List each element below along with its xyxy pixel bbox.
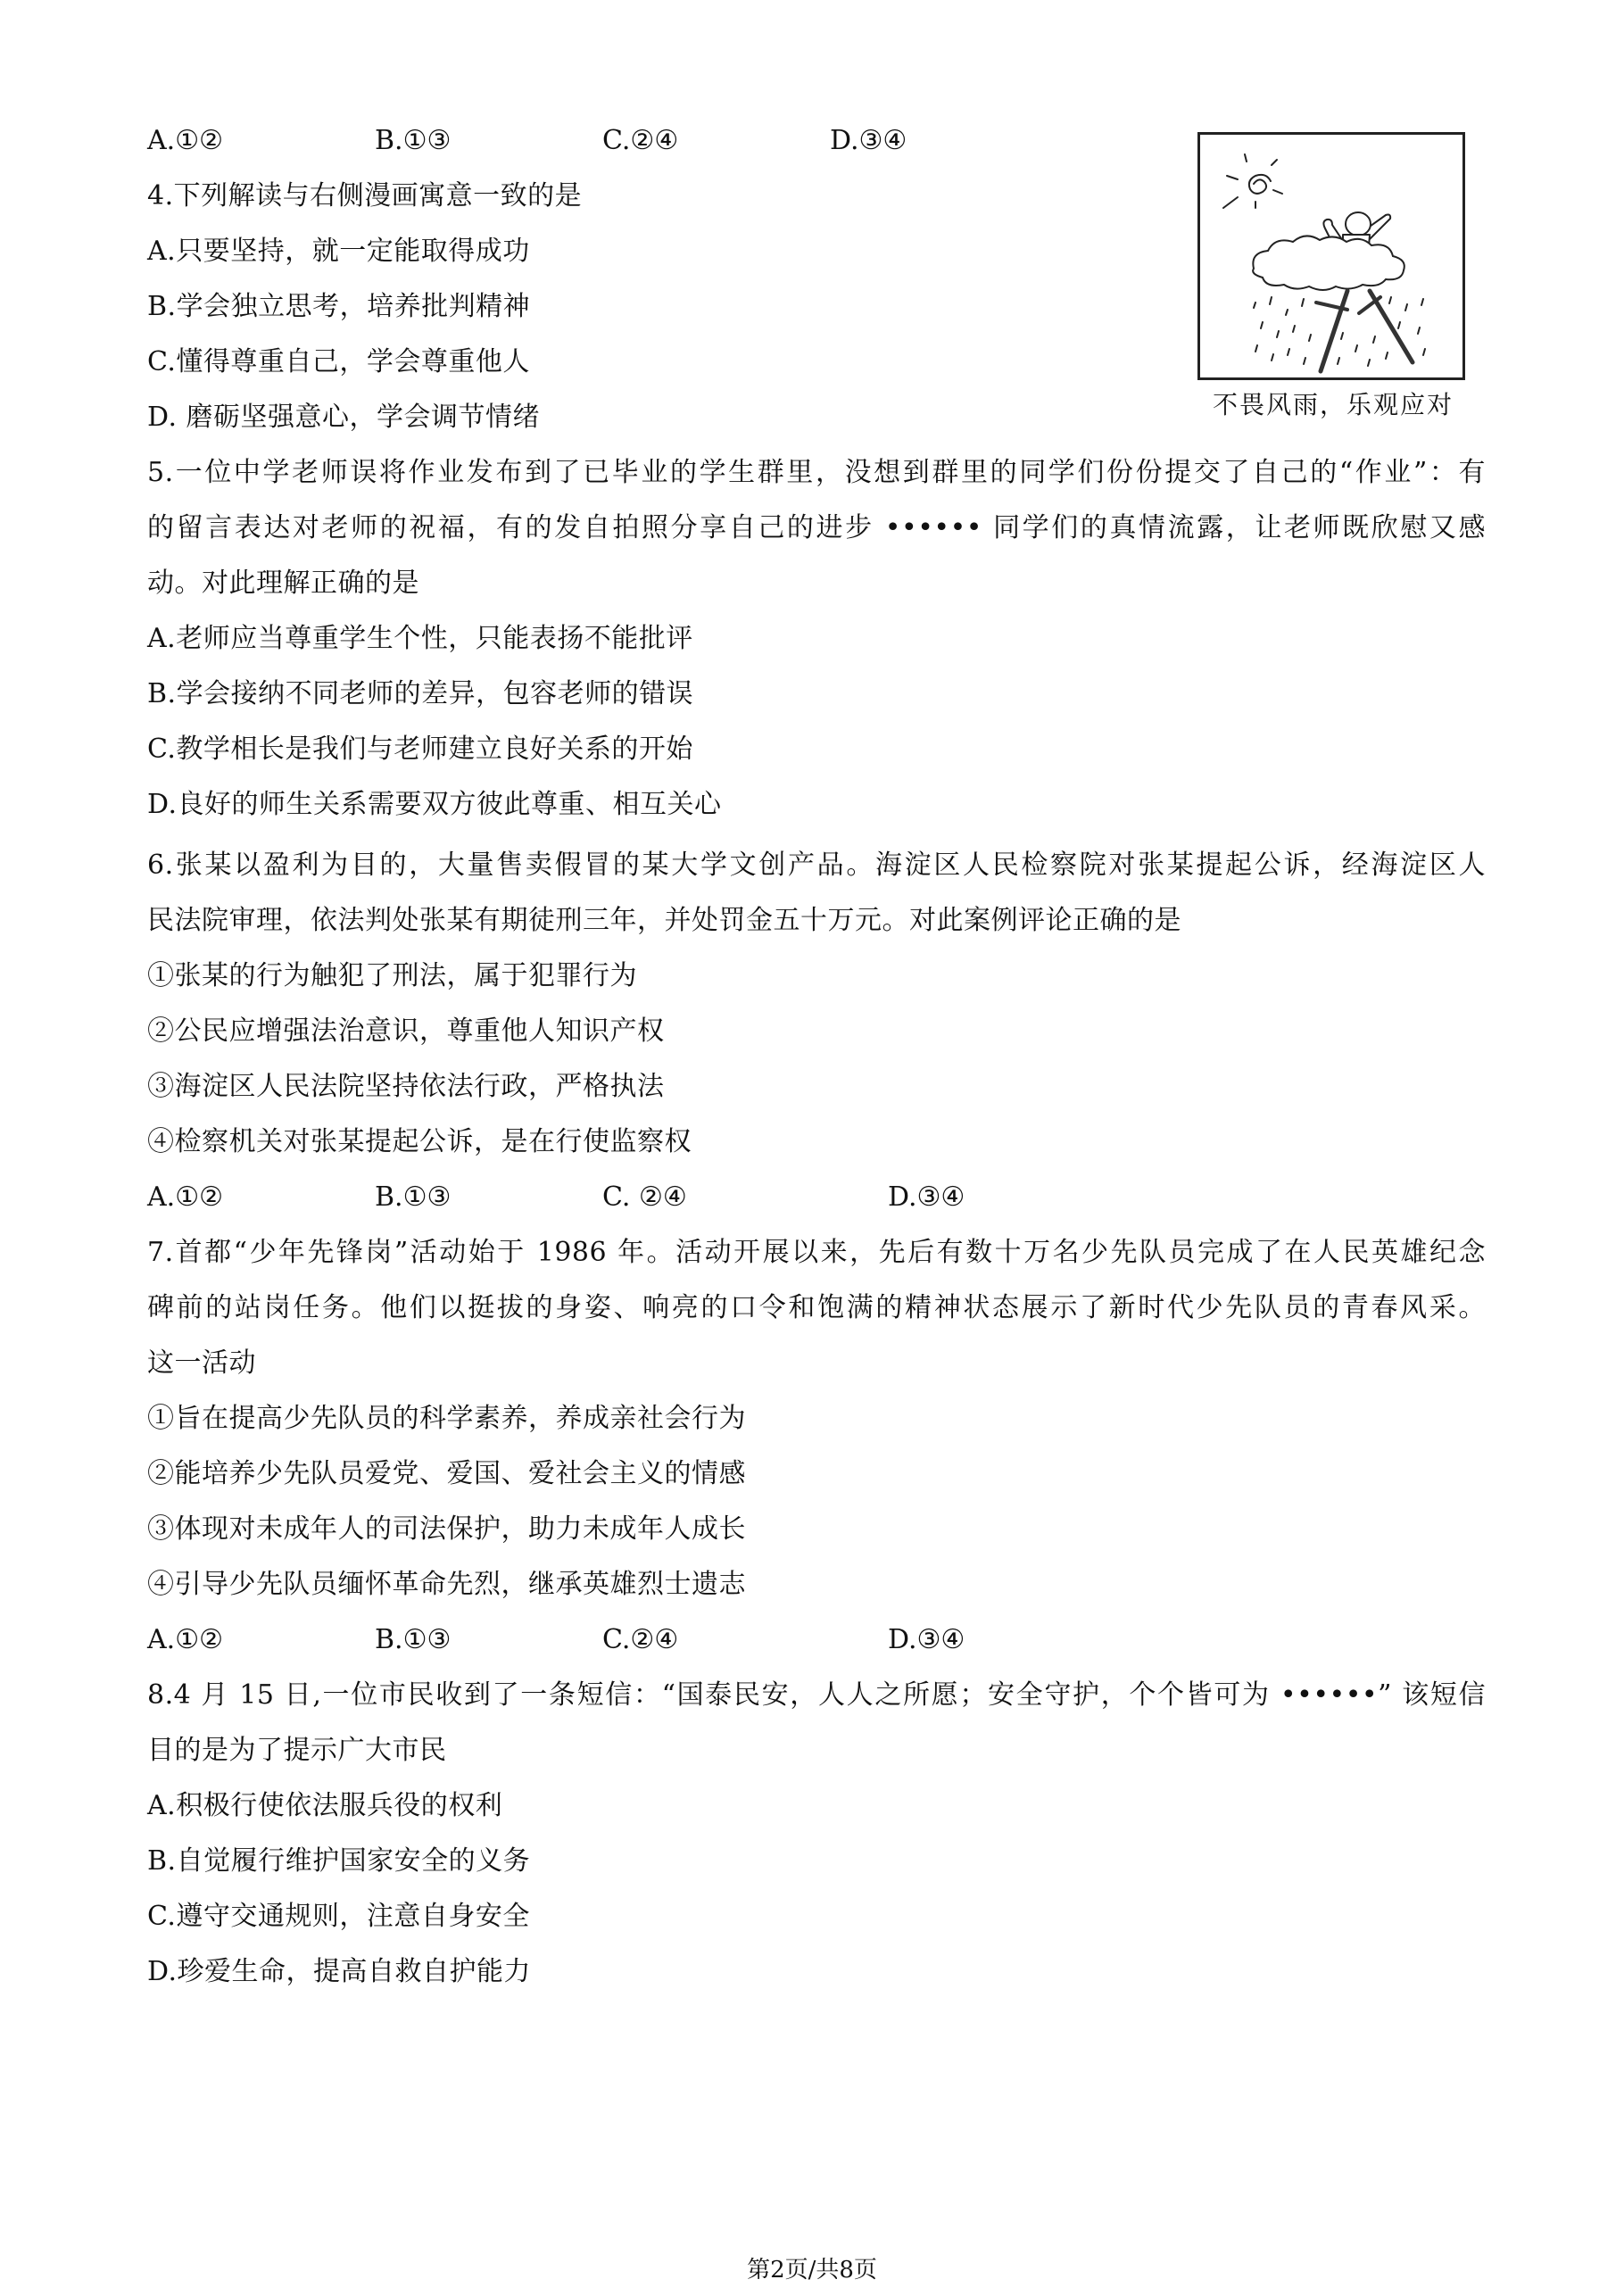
q6-option-a: A.①② xyxy=(147,1180,223,1215)
q8-option-a: A.积极行使依法服兵役的权利 xyxy=(147,1788,502,1824)
cartoon-caption: 不畏风雨，乐观应对 xyxy=(1194,389,1472,421)
q7-option-c: C.②④ xyxy=(602,1622,678,1658)
q5-option-b: B.学会接纳不同老师的差异，包容老师的错误 xyxy=(147,676,693,712)
q3-option-b: B.①③ xyxy=(375,123,451,159)
q8-stem-line-1: 8.4 月 15 日,一位市民收到了一条短信：“国泰民安，人人之所愿；安全守护，… xyxy=(147,1678,1486,1713)
q7-stem-line-3: 这一活动 xyxy=(147,1346,256,1381)
q7-stem-line-2: 碑前的站岗任务。他们以挺拔的身姿、响亮的口令和饱满的精神状态展示了新时代少先队员… xyxy=(147,1290,1486,1326)
q5-stem-line-2: 的留言表达对老师的祝福，有的发自拍照分享自己的进步 •••••• 同学们的真情流… xyxy=(147,510,1486,546)
q4-option-c: C.懂得尊重自己，学会尊重他人 xyxy=(147,344,530,380)
q7-statement-4: ④引导少先队员缅怀革命先烈，继承英雄烈士遗志 xyxy=(147,1567,746,1603)
q3-option-c: C.②④ xyxy=(602,123,678,159)
q7-stem-line-1: 7.首都“少年先锋岗”活动始于 1986 年。活动开展以来，先后有数十万名少先队… xyxy=(147,1235,1486,1271)
page-number: 第2页/共8页 xyxy=(0,2255,1624,2285)
q8-option-b: B.自觉履行维护国家安全的义务 xyxy=(147,1844,530,1879)
q4-option-b: B.学会独立思考，培养批判精神 xyxy=(147,289,530,325)
q7-option-d: D.③④ xyxy=(888,1622,965,1658)
q4-option-d: D. 磨砺坚强意心，学会调节情绪 xyxy=(147,400,540,435)
q5-option-d: D.良好的师生关系需要双方彼此尊重、相互关心 xyxy=(147,787,722,823)
q7-option-a: A.①② xyxy=(147,1622,223,1658)
cartoon-person-on-stilts-icon xyxy=(1200,135,1462,377)
q3-option-d: D.③④ xyxy=(830,123,907,159)
q5-stem-line-1: 5.一位中学老师误将作业发布到了已毕业的学生群里，没想到群里的同学们份份提交了自… xyxy=(147,455,1486,491)
q7-statement-3: ③体现对未成年人的司法保护，助力未成年人成长 xyxy=(147,1512,746,1547)
q8-option-c: C.遵守交通规则，注意自身安全 xyxy=(147,1899,530,1935)
q8-option-d: D.珍爱生命，提高自救自护能力 xyxy=(147,1954,531,1990)
stilts-icon xyxy=(1321,291,1413,371)
q6-stem-line-2: 民法院审理，依法判处张某有期徒刑三年，并处罚金五十万元。对此案例评论正确的是 xyxy=(147,903,1181,939)
q6-statement-2: ②公民应增强法治意识，尊重他人知识产权 xyxy=(147,1014,665,1049)
q3-option-a: A.①② xyxy=(147,123,223,159)
q6-option-b: B.①③ xyxy=(375,1180,451,1215)
q6-stem-line-1: 6.张某以盈利为目的，大量售卖假冒的某大学文创产品。海淀区人民检察院对张某提起公… xyxy=(147,848,1486,883)
q5-option-a: A.老师应当尊重学生个性，只能表扬不能批评 xyxy=(147,621,693,657)
q6-option-d: D.③④ xyxy=(888,1180,965,1215)
q5-stem-line-3: 动。对此理解正确的是 xyxy=(147,566,419,601)
sun-icon xyxy=(1223,154,1282,208)
q6-statement-1: ①张某的行为触犯了刑法，属于犯罪行为 xyxy=(147,958,637,994)
q6-statement-3: ③海淀区人民法院坚持依法行政，严格执法 xyxy=(147,1069,665,1105)
cartoon-image xyxy=(1197,132,1465,380)
q7-statement-1: ①旨在提高少先队员的科学素养，养成亲社会行为 xyxy=(147,1401,746,1437)
q6-option-c: C. ②④ xyxy=(602,1180,687,1215)
q7-statement-2: ②能培养少先队员爱党、爱国、爱社会主义的情感 xyxy=(147,1456,746,1492)
q7-option-b: B.①③ xyxy=(375,1622,451,1658)
q4-stem: 4.下列解读与右侧漫画寓意一致的是 xyxy=(147,178,582,214)
cloud-icon xyxy=(1253,236,1404,290)
q8-stem-line-2: 目的是为了提示广大市民 xyxy=(147,1733,447,1769)
q4-option-a: A.只要坚持，就一定能取得成功 xyxy=(147,234,530,269)
q5-option-c: C.教学相长是我们与老师建立良好关系的开始 xyxy=(147,732,693,767)
q6-statement-4: ④检察机关对张某提起公诉，是在行使监察权 xyxy=(147,1124,692,1160)
